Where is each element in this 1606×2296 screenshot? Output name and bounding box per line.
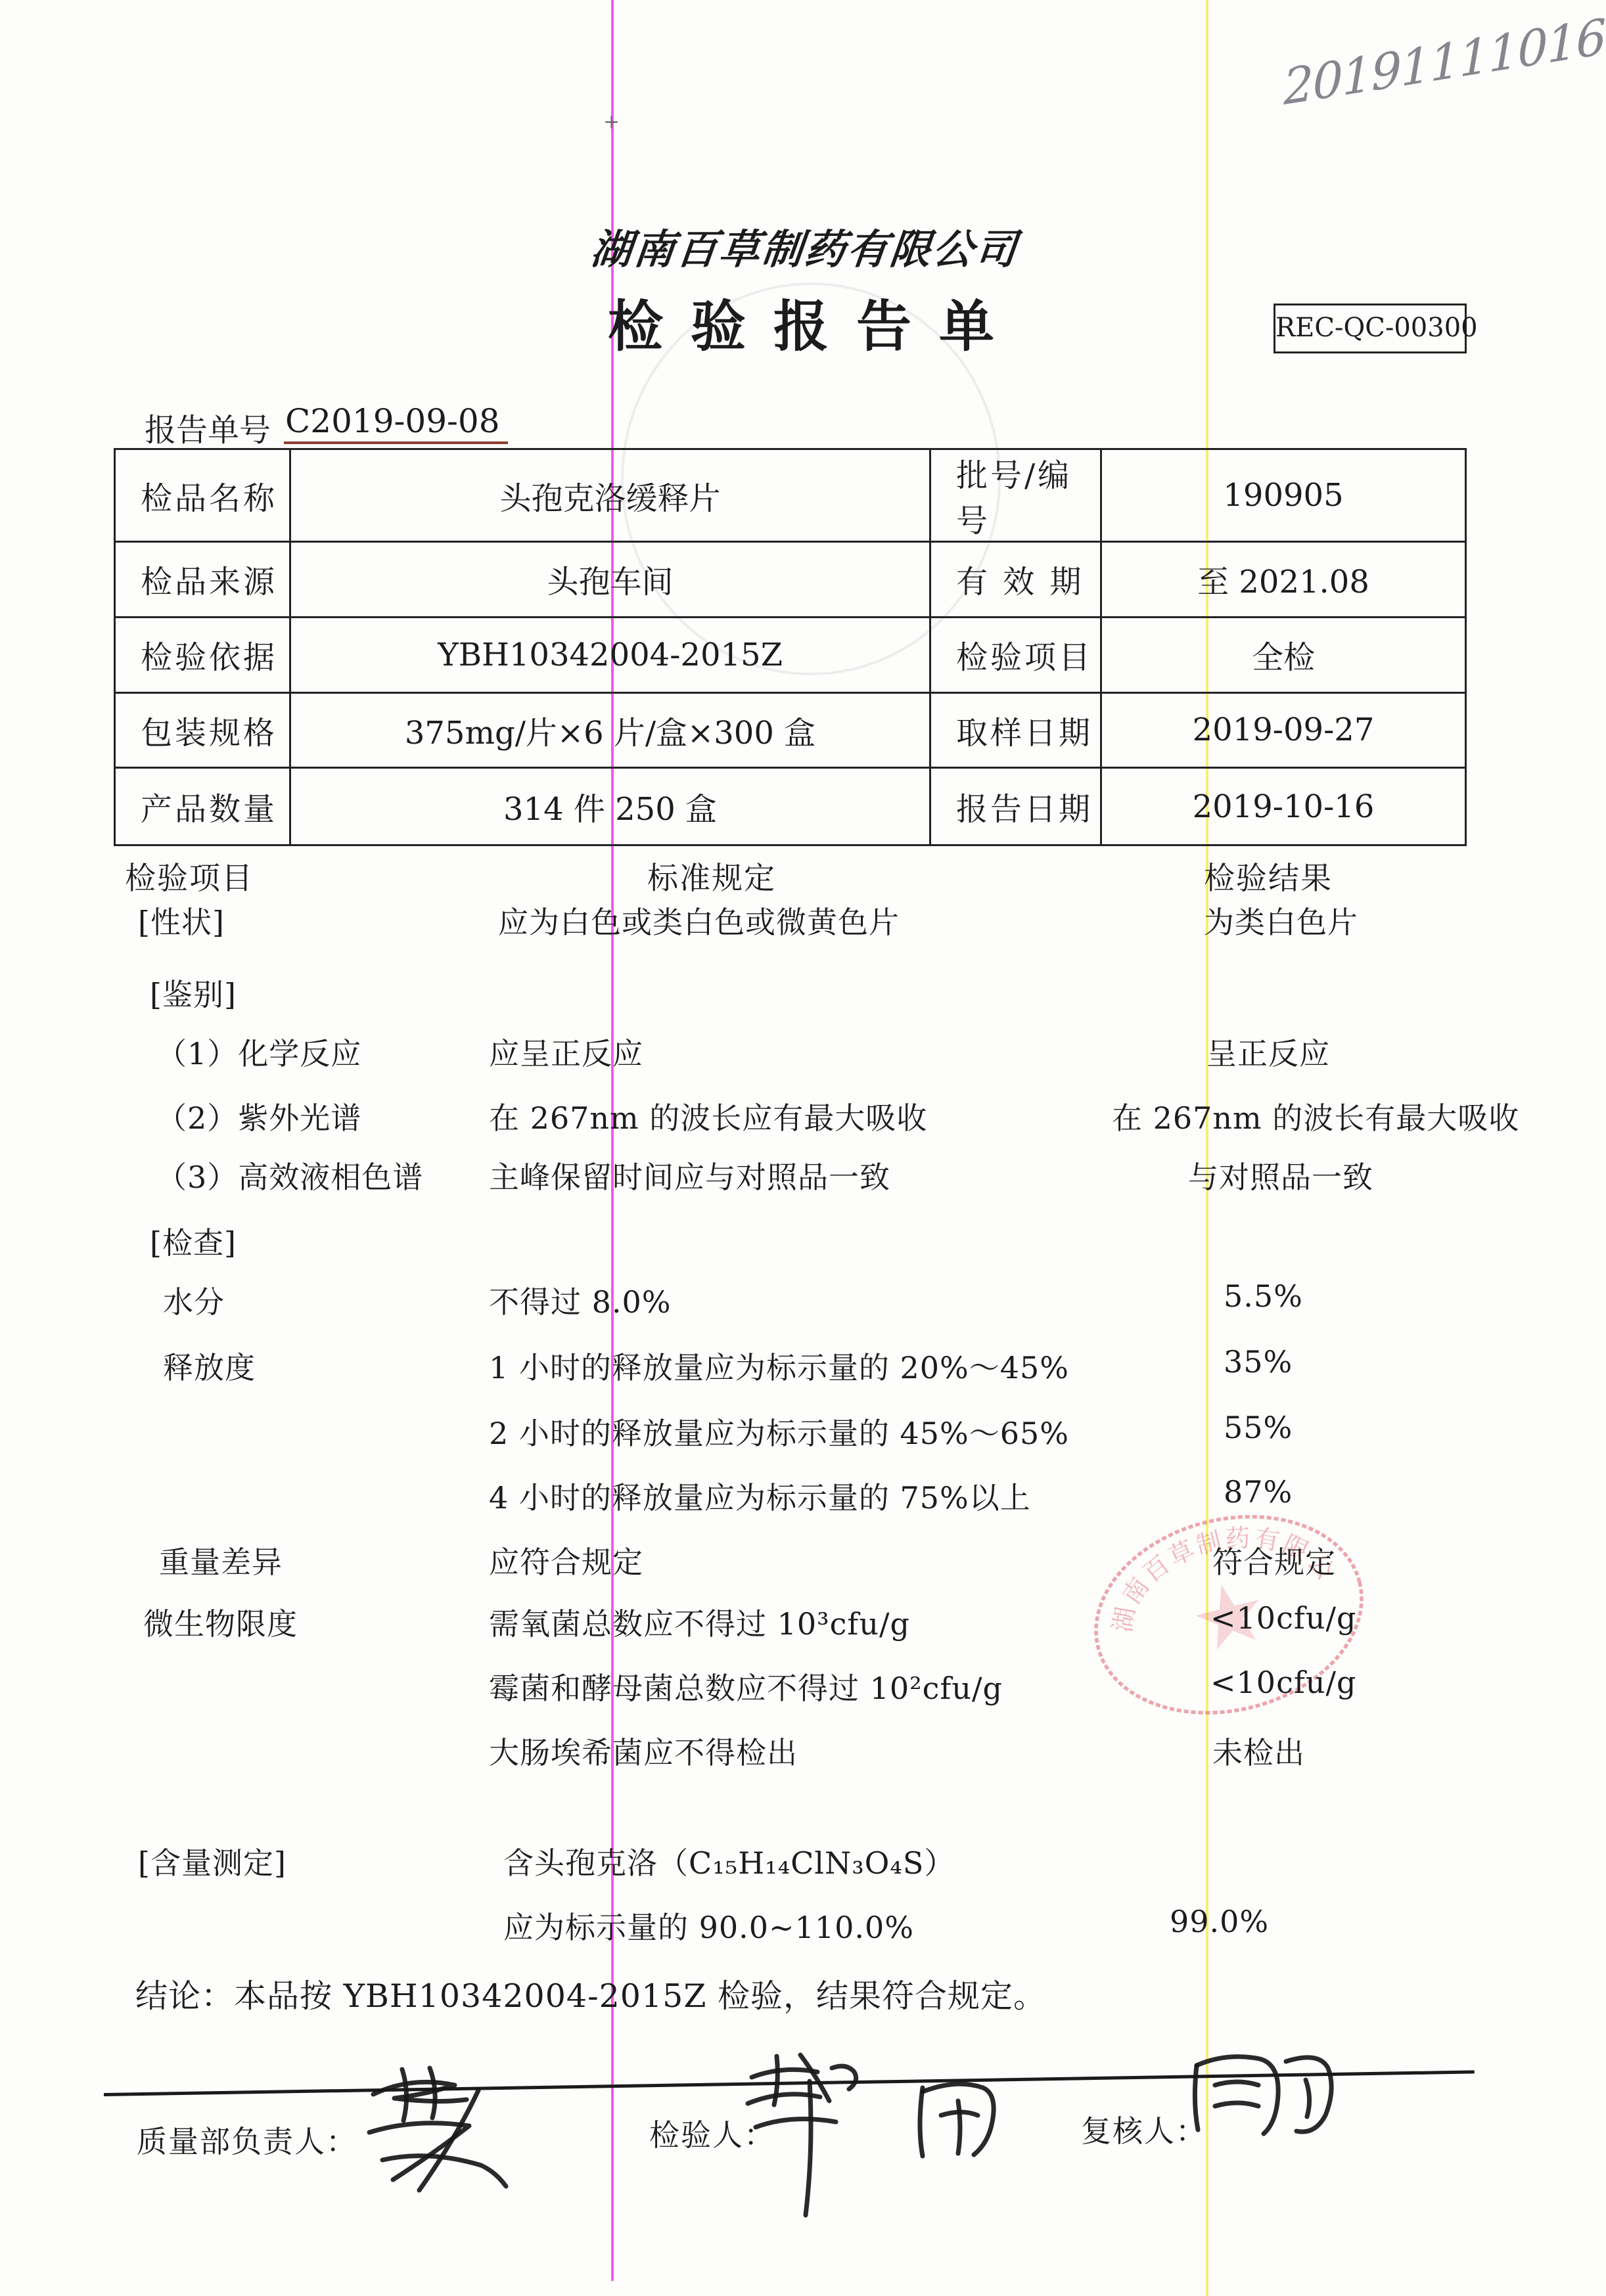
- result-spec: 应符合规定: [489, 1539, 643, 1582]
- result-spec: 大肠埃希菌应不得检出: [489, 1729, 798, 1772]
- result-value: 符合规定: [1212, 1539, 1336, 1582]
- qa-manager-signature: [355, 2056, 532, 2201]
- result-row: 大肠埃希菌应不得检出 未检出: [0, 1729, 1606, 1775]
- info-value: 2019-10-16: [1102, 769, 1465, 844]
- result-spec: 2 小时的释放量应为标示量的 45%～65%: [489, 1410, 1069, 1453]
- result-item: （2）紫外光谱: [156, 1094, 361, 1138]
- info-label: 产品数量: [116, 769, 291, 844]
- result-item: 水分: [163, 1278, 225, 1322]
- result-row: （2）紫外光谱 在 267nm 的波长应有最大吸收 在 267nm 的波长有最大…: [0, 1094, 1606, 1140]
- doc-code-box: REC-QC-00300: [1273, 304, 1467, 353]
- result-row: [性状] 应为白色或类白色或微黄色片 为类白色片: [0, 899, 1606, 945]
- result-item: （3）高效液相色谱: [156, 1154, 423, 1197]
- info-label: 包装规格: [116, 694, 291, 769]
- result-item: （1）化学反应: [156, 1030, 361, 1073]
- info-label: 检验依据: [116, 618, 291, 694]
- report-title: 检验报告单: [608, 282, 1068, 362]
- result-item: 微生物限度: [143, 1600, 298, 1644]
- info-value: 头孢克洛缓释片: [291, 450, 931, 543]
- result-spec: 霉菌和酵母菌总数应不得过 10²cfu/g: [489, 1665, 1003, 1708]
- inspection-report-page: + 20191111016 湖南百草制药有限公司 检验报告单 REC-QC-00…: [0, 0, 1606, 2296]
- result-row: [鉴别]: [0, 971, 1606, 1017]
- result-value: 在 267nm 的波长有最大吸收: [1112, 1094, 1519, 1138]
- result-item: [检查]: [150, 1219, 237, 1263]
- result-row: 重量差异 应符合规定 符合规定: [0, 1539, 1606, 1585]
- result-row: 微生物限度 需氧菌总数应不得过 10³cfu/g <10cfu/g: [0, 1600, 1606, 1646]
- report-no-value: C2019-09-08: [284, 402, 508, 444]
- result-item: 释放度: [163, 1344, 256, 1387]
- scan-artifact-yellow-line: [1206, 0, 1208, 2296]
- result-value: 与对照品一致: [1188, 1154, 1373, 1197]
- result-spec: 主峰保留时间应与对照品一致: [489, 1154, 890, 1197]
- info-value: 头孢车间: [291, 543, 931, 618]
- result-row: 应为标示量的 90.0~110.0% 99.0%: [0, 1904, 1606, 1950]
- info-label: 有 效 期: [931, 543, 1102, 618]
- result-row: （3）高效液相色谱 主峰保留时间应与对照品一致 与对照品一致: [0, 1154, 1606, 1200]
- reviewer-signature: [1180, 2042, 1344, 2153]
- info-value: 375mg/片×6 片/盒×300 盒: [291, 694, 931, 769]
- result-spec: 需氧菌总数应不得过 10³cfu/g: [489, 1600, 910, 1644]
- conclusion-text: 结论：本品按 YBH10342004-2015Z 检验，结果符合规定。: [135, 1971, 1046, 2017]
- company-title: 湖南百草制药有限公司: [562, 217, 1047, 275]
- result-spec: 4 小时的释放量应为标示量的 75%以上: [489, 1474, 1031, 1518]
- info-label: 报告日期: [931, 769, 1102, 844]
- result-item: 重量差异: [159, 1539, 283, 1582]
- results-header-result: 检验结果: [1204, 854, 1333, 898]
- result-value: 呈正反应: [1206, 1030, 1330, 1073]
- result-item: [含量测定]: [138, 1839, 287, 1883]
- info-value: YBH10342004-2015Z: [291, 618, 931, 694]
- report-no-label: 报告单号: [145, 405, 271, 450]
- result-row: （1）化学反应 应呈正反应 呈正反应: [0, 1030, 1606, 1076]
- result-spec: 应呈正反应: [489, 1030, 643, 1073]
- info-value: 190905: [1102, 450, 1465, 543]
- result-value: 55%: [1224, 1410, 1293, 1445]
- info-value: 314 件 250 盒: [291, 769, 931, 844]
- result-spec: 含头孢克洛（C₁₅H₁₄ClN₃O₄S）: [503, 1839, 955, 1883]
- qa-manager-label: 质量部负责人：: [137, 2118, 357, 2161]
- info-label: 检验项目: [931, 618, 1102, 694]
- result-value: <10cfu/g: [1210, 1600, 1356, 1636]
- result-value: <10cfu/g: [1210, 1665, 1356, 1700]
- result-item: [鉴别]: [150, 971, 237, 1014]
- info-value: 2019-09-27: [1102, 694, 1465, 769]
- result-spec: 应为白色或类白色或微黄色片: [498, 899, 900, 942]
- info-label: 检品名称: [116, 450, 291, 543]
- result-row: 2 小时的释放量应为标示量的 45%～65% 55%: [0, 1410, 1606, 1456]
- handwritten-number: 20191111016: [1283, 9, 1605, 116]
- result-spec: 不得过 8.0%: [489, 1278, 672, 1322]
- results-header-spec: 标准规定: [647, 854, 776, 898]
- info-value: 全检: [1102, 618, 1465, 694]
- inspector-signature-1: [736, 2043, 887, 2234]
- result-row: 释放度 1 小时的释放量应为标示量的 20%～45% 35%: [0, 1344, 1606, 1390]
- result-row: 4 小时的释放量应为标示量的 75%以上 87%: [0, 1474, 1606, 1520]
- result-value: 为类白色片: [1204, 899, 1358, 942]
- result-spec: 在 267nm 的波长应有最大吸收: [489, 1094, 927, 1138]
- info-value: 至 2021.08: [1102, 543, 1465, 618]
- result-spec: 应为标示量的 90.0~110.0%: [503, 1904, 914, 1947]
- result-row: 霉菌和酵母菌总数应不得过 10²cfu/g <10cfu/g: [0, 1665, 1606, 1711]
- result-value: 87%: [1224, 1474, 1293, 1510]
- inspector-signature-2: [902, 2069, 1013, 2174]
- result-spec: 1 小时的释放量应为标示量的 20%～45%: [489, 1344, 1069, 1387]
- scan-speck: +: [603, 110, 620, 133]
- result-row: [检查]: [0, 1219, 1606, 1265]
- result-row: 水分 不得过 8.0% 5.5%: [0, 1278, 1606, 1324]
- info-label: 取样日期: [931, 694, 1102, 769]
- result-item: [性状]: [138, 899, 225, 942]
- results-header-item: 检验项目: [125, 854, 254, 898]
- info-label: 检品来源: [116, 543, 291, 618]
- sample-info-table: 检品名称 头孢克洛缓释片 批号/编号 190905 检品来源 头孢车间 有 效 …: [114, 448, 1467, 846]
- result-value: 未检出: [1212, 1729, 1305, 1772]
- result-value: 99.0%: [1170, 1904, 1269, 1939]
- info-label: 批号/编号: [931, 450, 1102, 543]
- result-value: 5.5%: [1224, 1278, 1303, 1314]
- result-value: 35%: [1224, 1344, 1293, 1380]
- result-row: [含量测定] 含头孢克洛（C₁₅H₁₄ClN₃O₄S）: [0, 1839, 1606, 1885]
